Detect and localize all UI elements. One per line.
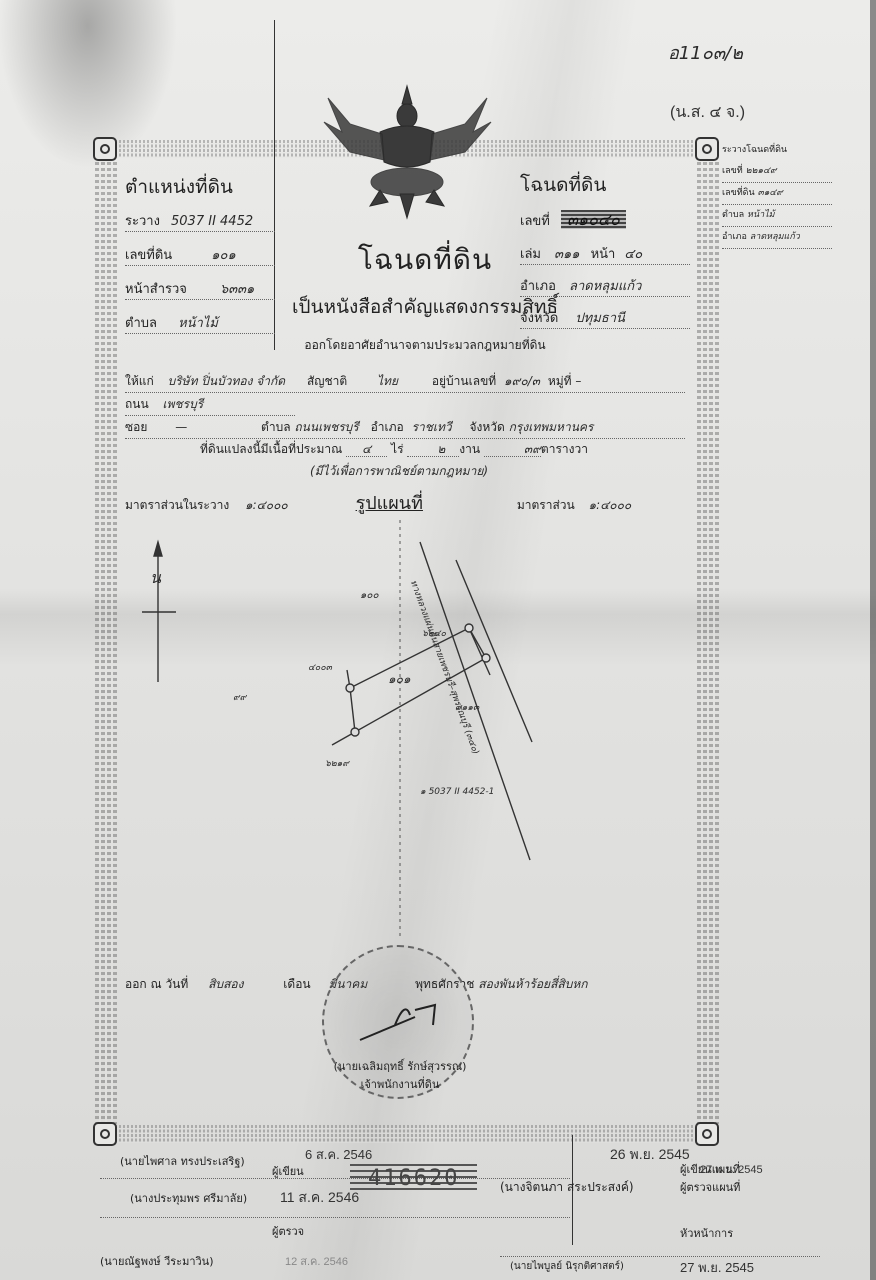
field-amphoe: อำเภอ ลาดหลุมแก้ว bbox=[520, 275, 690, 297]
owner-section: ให้แก่ บริษัท ปิ่นบัวทอง จำกัด สัญชาติ ไ… bbox=[125, 370, 685, 439]
signer-row: (นายไพบูลย์ นิรุกติศาสตร์) 27 พ.ย. 2545 bbox=[500, 1257, 820, 1277]
north-label: น bbox=[150, 566, 161, 591]
deed-heading: โฉนดที่ดิน bbox=[520, 170, 690, 200]
garuda-emblem-icon bbox=[320, 82, 495, 222]
area-note: (มีไว้เพื่อการพาณิชย์ตามกฎหมาย) bbox=[310, 462, 488, 481]
bottom-right-signers: 26 พ.ย. 2545 ผู้เขียนแผนที่ (นางจิตนภา ส… bbox=[500, 1148, 820, 1277]
owner-line-1: ให้แก่ บริษัท ปิ่นบัวทอง จำกัด สัญชาติ ไ… bbox=[125, 370, 685, 393]
officer-name: (นายเฉลิมฤทธิ์ รักษ์สุวรรณ) bbox=[325, 1058, 475, 1076]
area-section: ที่ดินแปลงนี้มีเนื้อที่ประมาณ ๔ ไร่ ๒งาน… bbox=[200, 440, 670, 459]
map-lines-icon bbox=[120, 520, 690, 940]
field-volume-page: เล่ม ๓๑๑ หน้า ๔๐ bbox=[520, 243, 690, 265]
side-stub: ระวางโฉนดที่ดิน เลขที่ ๒๒๑๔๙ เลขที่ดิน ๓… bbox=[722, 140, 832, 249]
parcel-map: น ๑๐๑ ๑๐๐ ๔๐๐๓ ๙๙ ๖๒๔๐ ๙๑๑๓ ๖๒๑๙ ทางหลวง… bbox=[120, 520, 690, 940]
field-deed-no: เลขที่ ๓๑๐๔๐ bbox=[520, 208, 690, 233]
field-parcel-no: เลขที่ดิน ๑๐๑ bbox=[125, 244, 275, 266]
deed-info-section: โฉนดที่ดิน เลขที่ ๓๑๐๔๐ เล่ม ๓๑๑ หน้า ๔๐… bbox=[520, 170, 690, 329]
field-survey-page: หน้าสำรวจ ๖๓๓๑ bbox=[125, 278, 275, 300]
corner-ornament-icon bbox=[93, 137, 117, 161]
signer-row: หัวหน้าการ bbox=[500, 1206, 820, 1257]
owner-name: บริษัท ปิ่นบัวทอง จำกัด bbox=[168, 374, 286, 388]
officer-block: (นายเฉลิมฤทธิ์ รักษ์สุวรรณ) เจ้าพนักงานท… bbox=[325, 1058, 475, 1094]
right-border-strip bbox=[697, 162, 719, 1124]
form-code: (น.ส. ๔ จ.) bbox=[670, 100, 745, 125]
officer-signature bbox=[355, 995, 445, 1049]
top-handwritten-note: อ11๐๓/๒ bbox=[668, 38, 743, 67]
bottom-border-strip bbox=[115, 1125, 693, 1143]
owner-road: ถนน เพชรบุรี bbox=[125, 393, 295, 416]
left-border-strip bbox=[95, 162, 117, 1124]
owner-line-3: ซอย — ตำบล ถนนเพชรบุรี อำเภอ ราชเทวี จัง… bbox=[125, 416, 685, 439]
issued-by-text: ออกโดยอาศัยอำนาจตามประมวลกฎหมายที่ดิน bbox=[275, 336, 575, 355]
land-position-section: ตำแหน่งที่ดิน ระวาง 5037 II 4452 เลขที่ด… bbox=[125, 172, 275, 334]
serial-number-stamp: 416620 bbox=[350, 1166, 477, 1191]
sheet-reference: ๑ 5037 II 4452-1 bbox=[420, 784, 494, 798]
page-edge-shadow bbox=[870, 0, 876, 1280]
signer-row: (นางจิตนภา สระประสงค์) ผู้ตรวจแผนที่ 27 … bbox=[500, 1178, 820, 1206]
field-sheet: ระวาง 5037 II 4452 bbox=[125, 210, 275, 232]
corner-ornament-icon bbox=[695, 1122, 719, 1146]
corner-ornament-icon bbox=[695, 137, 719, 161]
map-header: มาตราส่วนในระวาง ๑:๔๐๐๐ รูปแผนที่ มาตราส… bbox=[125, 488, 685, 517]
map-title: รูปแผนที่ bbox=[356, 493, 423, 514]
parcel-number: ๑๐๑ bbox=[388, 670, 411, 689]
field-province: จังหวัด ปทุมธานี bbox=[520, 307, 690, 329]
signer-row: 26 พ.ย. 2545 ผู้เขียนแผนที่ bbox=[500, 1148, 820, 1178]
field-tambon: ตำบล หน้าไม้ bbox=[125, 312, 275, 334]
corner-ornament-icon bbox=[93, 1122, 117, 1146]
officer-title: เจ้าพนักงานที่ดิน bbox=[325, 1076, 475, 1094]
land-position-heading: ตำแหน่งที่ดิน bbox=[125, 172, 275, 202]
